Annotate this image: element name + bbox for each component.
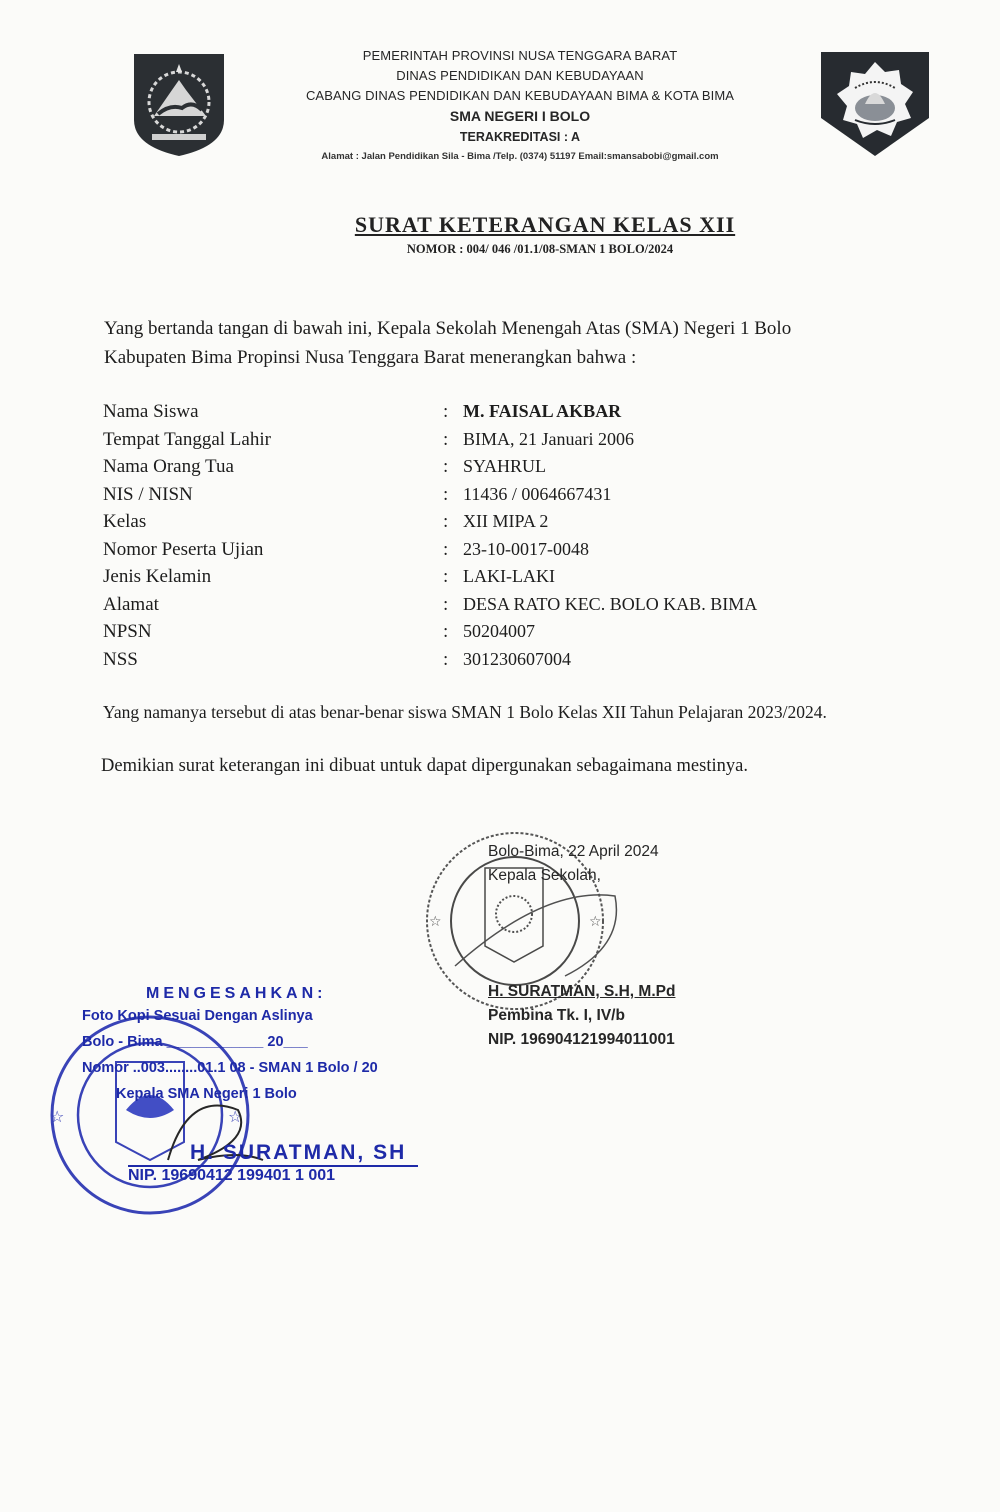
document-title: SURAT KETERANGAN KELAS XII <box>0 212 1000 238</box>
field-separator: : <box>443 426 463 454</box>
government-line: PEMERINTAH PROVINSI NUSA TENGGARA BARAT <box>250 46 790 66</box>
field-separator: : <box>443 508 463 536</box>
field-row: Jenis Kelamin:LAKI-LAKI <box>103 563 863 591</box>
field-label: NIS / NISN <box>103 481 443 509</box>
field-value: LAKI-LAKI <box>463 563 863 591</box>
field-value: 301230607004 <box>463 646 863 674</box>
field-value: XII MIPA 2 <box>463 508 863 536</box>
school-name: SMA NEGERI I BOLO <box>250 106 790 127</box>
field-separator: : <box>443 618 463 646</box>
field-label: NPSN <box>103 618 443 646</box>
school-address: Alamat : Jalan Pendidikan Sila - Bima /T… <box>250 148 790 166</box>
field-value: DESA RATO KEC. BOLO KAB. BIMA <box>463 591 863 619</box>
document-number: NOMOR : 004/ 046 /01.1/08-SMAN 1 BOLO/20… <box>0 242 1000 257</box>
field-value: 50204007 <box>463 618 863 646</box>
field-row: Nomor Peserta Ujian:23-10-0017-0048 <box>103 536 863 564</box>
place-date: Bolo-Bima, 22 April 2024 <box>488 840 675 864</box>
legalization-block: MENGESAHKAN: Foto Kopi Sesuai Dengan Asl… <box>70 985 418 1185</box>
field-separator: : <box>443 563 463 591</box>
field-value: SYAHRUL <box>463 453 863 481</box>
legalization-line-3: Nomor ..003........01.1 08 - SMAN 1 Bolo… <box>82 1055 418 1081</box>
signer-nip: NIP. 196904121994011001 <box>488 1028 675 1052</box>
field-separator: : <box>443 646 463 674</box>
intro-line-1: Yang bertanda tangan di bawah ini, Kepal… <box>104 314 884 343</box>
legalization-line-4: Kepala SMA Negeri 1 Bolo <box>116 1081 418 1107</box>
letterhead: PEMERINTAH PROVINSI NUSA TENGGARA BARAT … <box>250 46 790 166</box>
field-value: 23-10-0017-0048 <box>463 536 863 564</box>
legalization-name: H. SURATMAN, SH <box>190 1141 418 1165</box>
field-row: Nama Orang Tua:SYAHRUL <box>103 453 863 481</box>
legalization-line-2: Bolo - Bima ____________ 20___ <box>82 1029 418 1055</box>
svg-text:☆: ☆ <box>50 1107 64 1126</box>
field-value: M. FAISAL AKBAR <box>463 398 863 426</box>
field-row: NPSN:50204007 <box>103 618 863 646</box>
field-label: Kelas <box>103 508 443 536</box>
department-line: DINAS PENDIDIKAN DAN KEBUDAYAAN <box>250 66 790 86</box>
field-separator: : <box>443 398 463 426</box>
document-title-block: SURAT KETERANGAN KELAS XII NOMOR : 004/ … <box>0 212 1000 257</box>
legalization-line-1: Foto Kopi Sesuai Dengan Aslinya <box>82 1003 418 1029</box>
branch-line: CABANG DINAS PENDIDIKAN DAN KEBUDAYAAN B… <box>250 86 790 106</box>
field-row: Nama Siswa:M. FAISAL AKBAR <box>103 398 863 426</box>
field-separator: : <box>443 536 463 564</box>
legalization-heading: MENGESAHKAN: <box>146 985 418 1003</box>
field-label: Tempat Tanggal Lahir <box>103 426 443 454</box>
signer-role: Kepala Sekolah, <box>488 864 675 888</box>
closing-line: Demikian surat keterangan ini dibuat unt… <box>101 756 748 777</box>
field-label: Nomor Peserta Ujian <box>103 536 443 564</box>
field-value: BIMA, 21 Januari 2006 <box>463 426 863 454</box>
field-row: NSS:301230607004 <box>103 646 863 674</box>
field-separator: : <box>443 591 463 619</box>
field-separator: : <box>443 481 463 509</box>
field-label: Nama Siswa <box>103 398 443 426</box>
field-row: NIS / NISN:11436 / 0064667431 <box>103 481 863 509</box>
legalization-nip: NIP. 19690412 199401 1 001 <box>128 1165 418 1185</box>
svg-text:☆: ☆ <box>429 914 442 930</box>
accreditation: TERAKREDITASI : A <box>250 127 790 148</box>
field-label: NSS <box>103 646 443 674</box>
signature-block: Bolo-Bima, 22 April 2024 Kepala Sekolah,… <box>488 840 675 1052</box>
field-row: Kelas:XII MIPA 2 <box>103 508 863 536</box>
field-label: Alamat <box>103 591 443 619</box>
field-label: Nama Orang Tua <box>103 453 443 481</box>
field-value: 11436 / 0064667431 <box>463 481 863 509</box>
school-emblem-icon <box>815 48 935 160</box>
signer-name: H. SURATMAN, S.H, M.Pd <box>488 980 675 1004</box>
ntb-province-emblem-icon <box>130 50 228 158</box>
field-row: Tempat Tanggal Lahir:BIMA, 21 Januari 20… <box>103 426 863 454</box>
intro-line-2: Kabupaten Bima Propinsi Nusa Tenggara Ba… <box>104 343 884 372</box>
intro-paragraph: Yang bertanda tangan di bawah ini, Kepal… <box>104 314 884 372</box>
statement-line: Yang namanya tersebut di atas benar-bena… <box>103 702 827 723</box>
field-row: Alamat:DESA RATO KEC. BOLO KAB. BIMA <box>103 591 863 619</box>
field-label: Jenis Kelamin <box>103 563 443 591</box>
signer-rank: Pembina Tk. I, IV/b <box>488 1004 675 1028</box>
field-separator: : <box>443 453 463 481</box>
student-details: Nama Siswa:M. FAISAL AKBARTempat Tanggal… <box>103 398 863 673</box>
